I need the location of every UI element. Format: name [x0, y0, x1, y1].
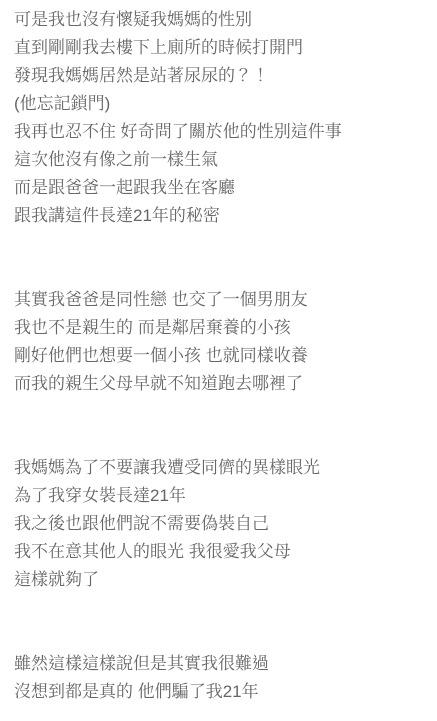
text-line: 沒想到都是真的 他們騙了我21年: [14, 678, 427, 706]
paragraph: 可是我也沒有懷疑我媽媽的性別直到剛剛我去樓下上廁所的時候打開門發現我媽媽居然是站…: [14, 6, 427, 230]
text-line: 可是我也沒有懷疑我媽媽的性別: [14, 6, 427, 34]
text-line: (他忘記鎖門): [14, 90, 427, 118]
paragraph: 其實我爸爸是同性戀 也交了一個男朋友我也不是親生的 而是鄰居棄養的小孩剛好他們也…: [14, 286, 427, 398]
paragraph: 我媽媽為了不要讓我遭受同儕的異樣眼光為了我穿女裝長達21年我之後也跟他們說不需要…: [14, 454, 427, 594]
text-line: 跟我講這件長達21年的秘密: [14, 202, 427, 230]
text-line: 剛好他們也想要一個小孩 也就同樣收養: [14, 342, 427, 370]
text-line: 其實我爸爸是同性戀 也交了一個男朋友: [14, 286, 427, 314]
post-body: 可是我也沒有懷疑我媽媽的性別直到剛剛我去樓下上廁所的時候打開門發現我媽媽居然是站…: [0, 0, 437, 706]
text-line: 我再也忍不住 好奇問了關於他的性別這件事: [14, 118, 427, 146]
text-line: 發現我媽媽居然是站著尿尿的？！: [14, 62, 427, 90]
text-line: 這次他沒有像之前一樣生氣: [14, 146, 427, 174]
text-line: 為了我穿女裝長達21年: [14, 482, 427, 510]
text-line: 我不在意其他人的眼光 我很愛我父母: [14, 538, 427, 566]
text-line: 直到剛剛我去樓下上廁所的時候打開門: [14, 34, 427, 62]
text-line: 我媽媽為了不要讓我遭受同儕的異樣眼光: [14, 454, 427, 482]
text-line: 這樣就夠了: [14, 566, 427, 594]
text-line: 雖然這樣這樣說但是其實我很難過: [14, 650, 427, 678]
text-line: 而我的親生父母早就不知道跑去哪裡了: [14, 370, 427, 398]
text-line: 我之後也跟他們說不需要偽裝自己: [14, 510, 427, 538]
text-line: 而是跟爸爸一起跟我坐在客廳: [14, 174, 427, 202]
paragraph: 雖然這樣這樣說但是其實我很難過沒想到都是真的 他們騙了我21年: [14, 650, 427, 706]
text-line: 我也不是親生的 而是鄰居棄養的小孩: [14, 314, 427, 342]
